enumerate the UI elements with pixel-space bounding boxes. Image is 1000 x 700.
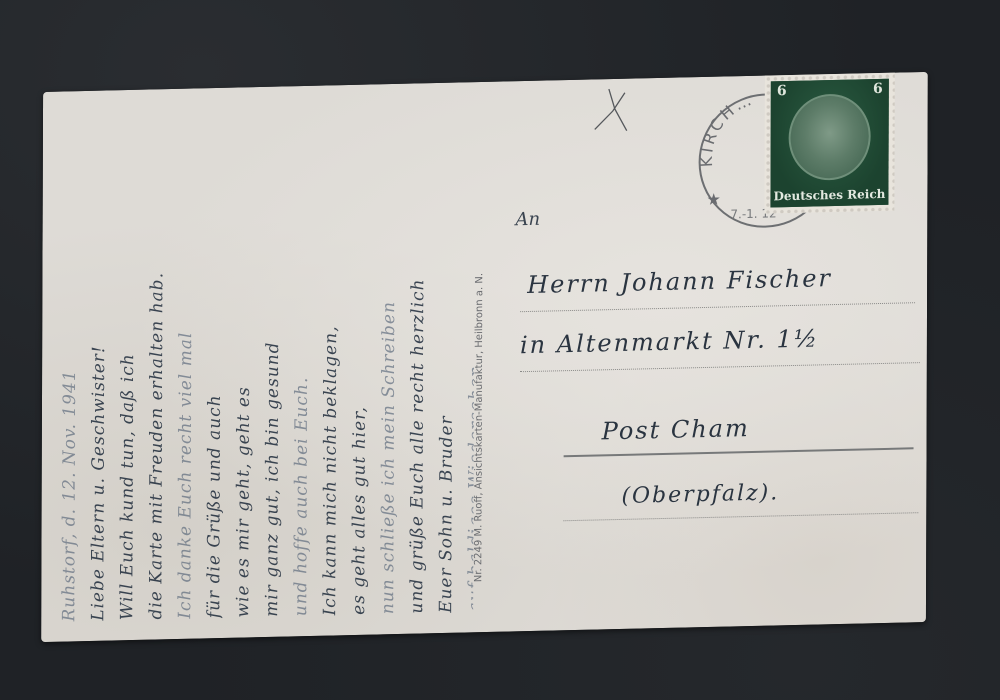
- message-line: es geht alles gut hier,: [349, 104, 377, 615]
- message-lines: Ruhstorf, d. 12. Nov. 1941 Liebe Eltern …: [53, 92, 475, 632]
- address-rule-1: [520, 302, 915, 312]
- stamp-value-right: 6: [873, 81, 883, 97]
- message-line: und grüße Euch alle recht herzlich: [407, 103, 435, 614]
- address-rule-3: [564, 447, 914, 457]
- message-line: Liebe Eltern u. Geschwister!: [88, 110, 116, 621]
- message-line: nun schließe ich mein Schreiben: [378, 104, 406, 615]
- message-line: wie es mir geht, geht es: [233, 107, 261, 618]
- message-line: die Karte mit Freuden erhalten hab.: [146, 109, 174, 620]
- postage-stamp: 6 6 Deutsches Reich: [764, 73, 894, 214]
- message-line: Ich danke Euch recht viel mal: [175, 108, 203, 619]
- address-line-recipient: Herrn Johann Fischer: [527, 264, 832, 299]
- message-line: für die Grüße und auch: [204, 108, 232, 619]
- handwritten-message: Ruhstorf, d. 12. Nov. 1941 Liebe Eltern …: [53, 92, 475, 632]
- message-line: Will Euch kund tun, daß ich: [117, 110, 145, 621]
- stamp-portrait-icon: [789, 93, 871, 181]
- publisher-imprint: Nr. 2249 M. Ruoff, Ansichtskarten-Manufa…: [473, 202, 494, 583]
- address-rule-4: [563, 512, 918, 521]
- address-line-street: in Altenmarkt Nr. 1½: [520, 324, 819, 359]
- address-prefix: An: [515, 209, 540, 231]
- message-line: Ruhstorf, d. 12. Nov. 1941: [59, 111, 87, 622]
- message-line: Ich kann mich nicht beklagen,: [320, 105, 348, 616]
- address-line-post-office: Post Cham: [602, 414, 750, 445]
- pencil-cross-mark: [591, 87, 631, 138]
- postmark-town: KIRCH…: [697, 89, 757, 168]
- message-line: mir ganz gut, ich bin gesund: [262, 106, 290, 617]
- stamp-face: 6 6 Deutsches Reich: [770, 79, 888, 208]
- address-line-region: (Oberpfalz).: [621, 480, 779, 509]
- message-line: Euer Sohn u. Bruder: [436, 102, 464, 613]
- postmark-star: ★: [706, 190, 720, 209]
- address-rule-2: [520, 362, 920, 372]
- imprint-text: Nr. 2249 M. Ruoff, Ansichtskarten-Manufa…: [473, 202, 485, 582]
- postcard: Ruhstorf, d. 12. Nov. 1941 Liebe Eltern …: [41, 72, 928, 642]
- message-line: und hoffe auch bei Euch.: [291, 106, 319, 617]
- stamp-value-left: 6: [777, 83, 787, 99]
- svg-text:KIRCH…: KIRCH…: [697, 89, 757, 168]
- stamp-caption: Deutsches Reich: [770, 187, 888, 204]
